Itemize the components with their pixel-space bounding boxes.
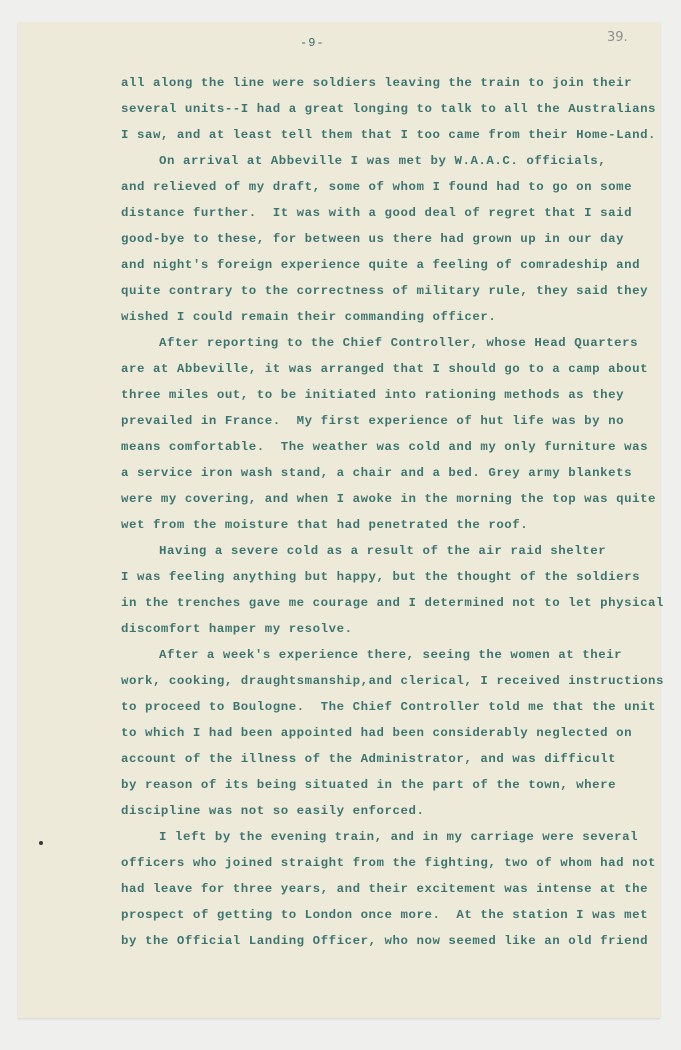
text-line: prevailed in France. My first experience… bbox=[121, 408, 661, 434]
text-line: On arrival at Abbeville I was met by W.A… bbox=[121, 148, 661, 174]
page-number: -9- bbox=[300, 36, 325, 50]
text-line: several units--I had a great longing to … bbox=[121, 96, 661, 122]
folio-number: 39. bbox=[607, 30, 628, 45]
text-line: I left by the evening train, and in my c… bbox=[121, 824, 661, 850]
paragraph: all along the line were soldiers leaving… bbox=[121, 70, 661, 148]
text-line: good-bye to these, for between us there … bbox=[121, 226, 661, 252]
text-line: discipline was not so easily enforced. bbox=[121, 798, 661, 824]
text-line: After reporting to the Chief Controller,… bbox=[121, 330, 661, 356]
text-line: prospect of getting to London once more.… bbox=[121, 902, 661, 928]
text-line: wet from the moisture that had penetrate… bbox=[121, 512, 661, 538]
text-line: quite contrary to the correctness of mil… bbox=[121, 278, 661, 304]
text-line: Having a severe cold as a result of the … bbox=[121, 538, 661, 564]
text-line: I was feeling anything but happy, but th… bbox=[121, 564, 661, 590]
text-line: After a week's experience there, seeing … bbox=[121, 642, 661, 668]
text-line: to which I had been appointed had been c… bbox=[121, 720, 661, 746]
text-line: I saw, and at least tell them that I too… bbox=[121, 122, 661, 148]
document-body: all along the line were soldiers leaving… bbox=[121, 70, 661, 954]
text-line: means comfortable. The weather was cold … bbox=[121, 434, 661, 460]
text-line: officers who joined straight from the fi… bbox=[121, 850, 661, 876]
text-line: wished I could remain their commanding o… bbox=[121, 304, 661, 330]
text-line: were my covering, and when I awoke in th… bbox=[121, 486, 661, 512]
text-line: discomfort hamper my resolve. bbox=[121, 616, 661, 642]
text-line: by the Official Landing Officer, who now… bbox=[121, 928, 661, 954]
paragraph: After reporting to the Chief Controller,… bbox=[121, 330, 661, 538]
text-line: and night's foreign experience quite a f… bbox=[121, 252, 661, 278]
paragraph: I left by the evening train, and in my c… bbox=[121, 824, 661, 954]
text-line: and relieved of my draft, some of whom I… bbox=[121, 174, 661, 200]
text-line: in the trenches gave me courage and I de… bbox=[121, 590, 661, 616]
text-line: had leave for three years, and their exc… bbox=[121, 876, 661, 902]
text-line: account of the illness of the Administra… bbox=[121, 746, 661, 772]
text-line: distance further. It was with a good dea… bbox=[121, 200, 661, 226]
paragraph: After a week's experience there, seeing … bbox=[121, 642, 661, 824]
text-line: work, cooking, draughtsmanship,and cleri… bbox=[121, 668, 661, 694]
text-line: are at Abbeville, it was arranged that I… bbox=[121, 356, 661, 382]
text-line: a service iron wash stand, a chair and a… bbox=[121, 460, 661, 486]
text-line: to proceed to Boulogne. The Chief Contro… bbox=[121, 694, 661, 720]
ink-spot bbox=[39, 841, 43, 845]
paragraph: Having a severe cold as a result of the … bbox=[121, 538, 661, 642]
text-line: by reason of its being situated in the p… bbox=[121, 772, 661, 798]
paragraph: On arrival at Abbeville I was met by W.A… bbox=[121, 148, 661, 330]
text-line: all along the line were soldiers leaving… bbox=[121, 70, 661, 96]
text-line: three miles out, to be initiated into ra… bbox=[121, 382, 661, 408]
